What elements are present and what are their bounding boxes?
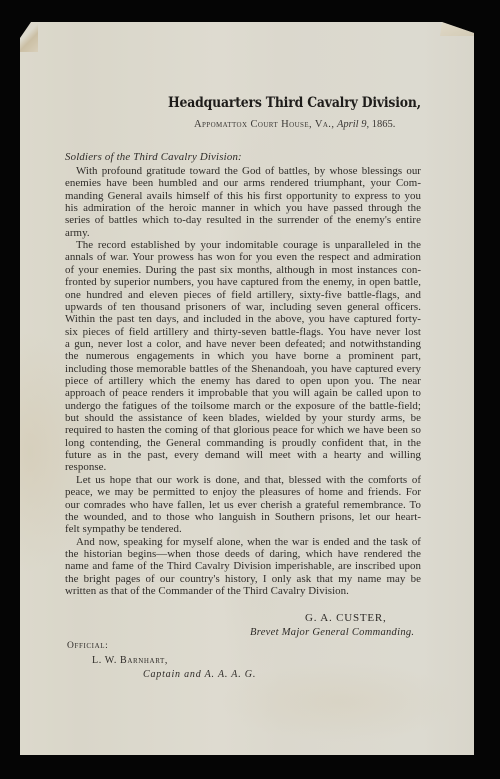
body-line: our comrades who have fallen, let us eve… <box>65 499 421 511</box>
document-heading: Headquarters Third Cavalry Division, <box>168 95 366 111</box>
body-line: With profound gratitude toward the God o… <box>76 165 421 177</box>
body-line: the numerous engagements in which you ha… <box>65 350 421 362</box>
body-line: Within the past ten days, and included i… <box>65 313 421 325</box>
body-line: army. <box>65 227 421 239</box>
official-title: Captain and A. A. A. G. <box>143 669 256 680</box>
body-line: upwards of ten thousand prisoners of war… <box>65 301 421 313</box>
body-line: piece of artillery which the enemy has d… <box>65 375 421 387</box>
body-line: including those memorable battles of the… <box>65 363 421 375</box>
body-line: manding General avails himself of this h… <box>65 190 421 202</box>
body-line: enemies have been humbled and our arms r… <box>65 177 421 189</box>
body-line: Let us hope that our work is done, and t… <box>76 474 421 486</box>
body-line: future as in the past, every demand will… <box>65 449 421 461</box>
body-line: fronted by superior numbers, you have ca… <box>65 276 421 288</box>
body-line: response. <box>65 461 421 473</box>
dateline-date: April 9, <box>337 119 369 130</box>
body-line: And now, speaking for myself alone, when… <box>76 536 421 548</box>
body-line: one hundred and eleven pieces of field a… <box>65 289 421 301</box>
body-line: undergo the fatigues of the toilsome mar… <box>65 400 421 412</box>
body-line: six pieces of field artillery and thirty… <box>65 326 421 338</box>
body-line: the wounded, and to those who languish i… <box>65 511 421 523</box>
body-line: approach of peace renders it improbable … <box>65 387 421 399</box>
body-line: long contending, the General commanding … <box>65 437 421 449</box>
official-label: Official: <box>67 641 108 651</box>
body-line: annals of war. Your prowess has won for … <box>65 251 421 263</box>
salutation: Soldiers of the Third Cavalry Division: <box>65 151 242 163</box>
dateline-year: 1865. <box>372 119 396 130</box>
body-line: the bright pages of our country's histor… <box>65 573 421 585</box>
signature-title: Brevet Major General Commanding. <box>250 627 414 638</box>
body-line: but should the assistance of keen blades… <box>65 412 421 424</box>
body-line: felt sympathy be tendered. <box>65 523 421 535</box>
body-line: peace, we may be permitted to enjoy the … <box>65 486 421 498</box>
body-line: series of battles which to-day resulted … <box>65 214 421 226</box>
body-line: his admiration of the heroic manner in w… <box>65 202 421 214</box>
body-line: name and fame of the Third Cavalry Divis… <box>65 560 421 572</box>
document: Headquarters Third Cavalry Division, App… <box>0 0 500 779</box>
body-line: a gun, never lost a color, and have neve… <box>65 338 421 350</box>
body-line: required to hasten the coming of that gl… <box>65 424 421 436</box>
body-line: The record established by your indomitab… <box>76 239 421 251</box>
dateline-place: Appomattox Court House, Va., <box>194 119 334 130</box>
body-line: the historian begins—when those deeds of… <box>65 548 421 560</box>
signature-name: G. A. CUSTER, <box>305 612 387 624</box>
body-line: written as that of the Commander of the … <box>65 585 421 597</box>
official-name: L. W. Barnhart, <box>92 655 168 666</box>
dateline: Appomattox Court House, Va., April 9, 18… <box>194 119 395 130</box>
body-line: of your enemies. During the past six mon… <box>65 264 421 276</box>
